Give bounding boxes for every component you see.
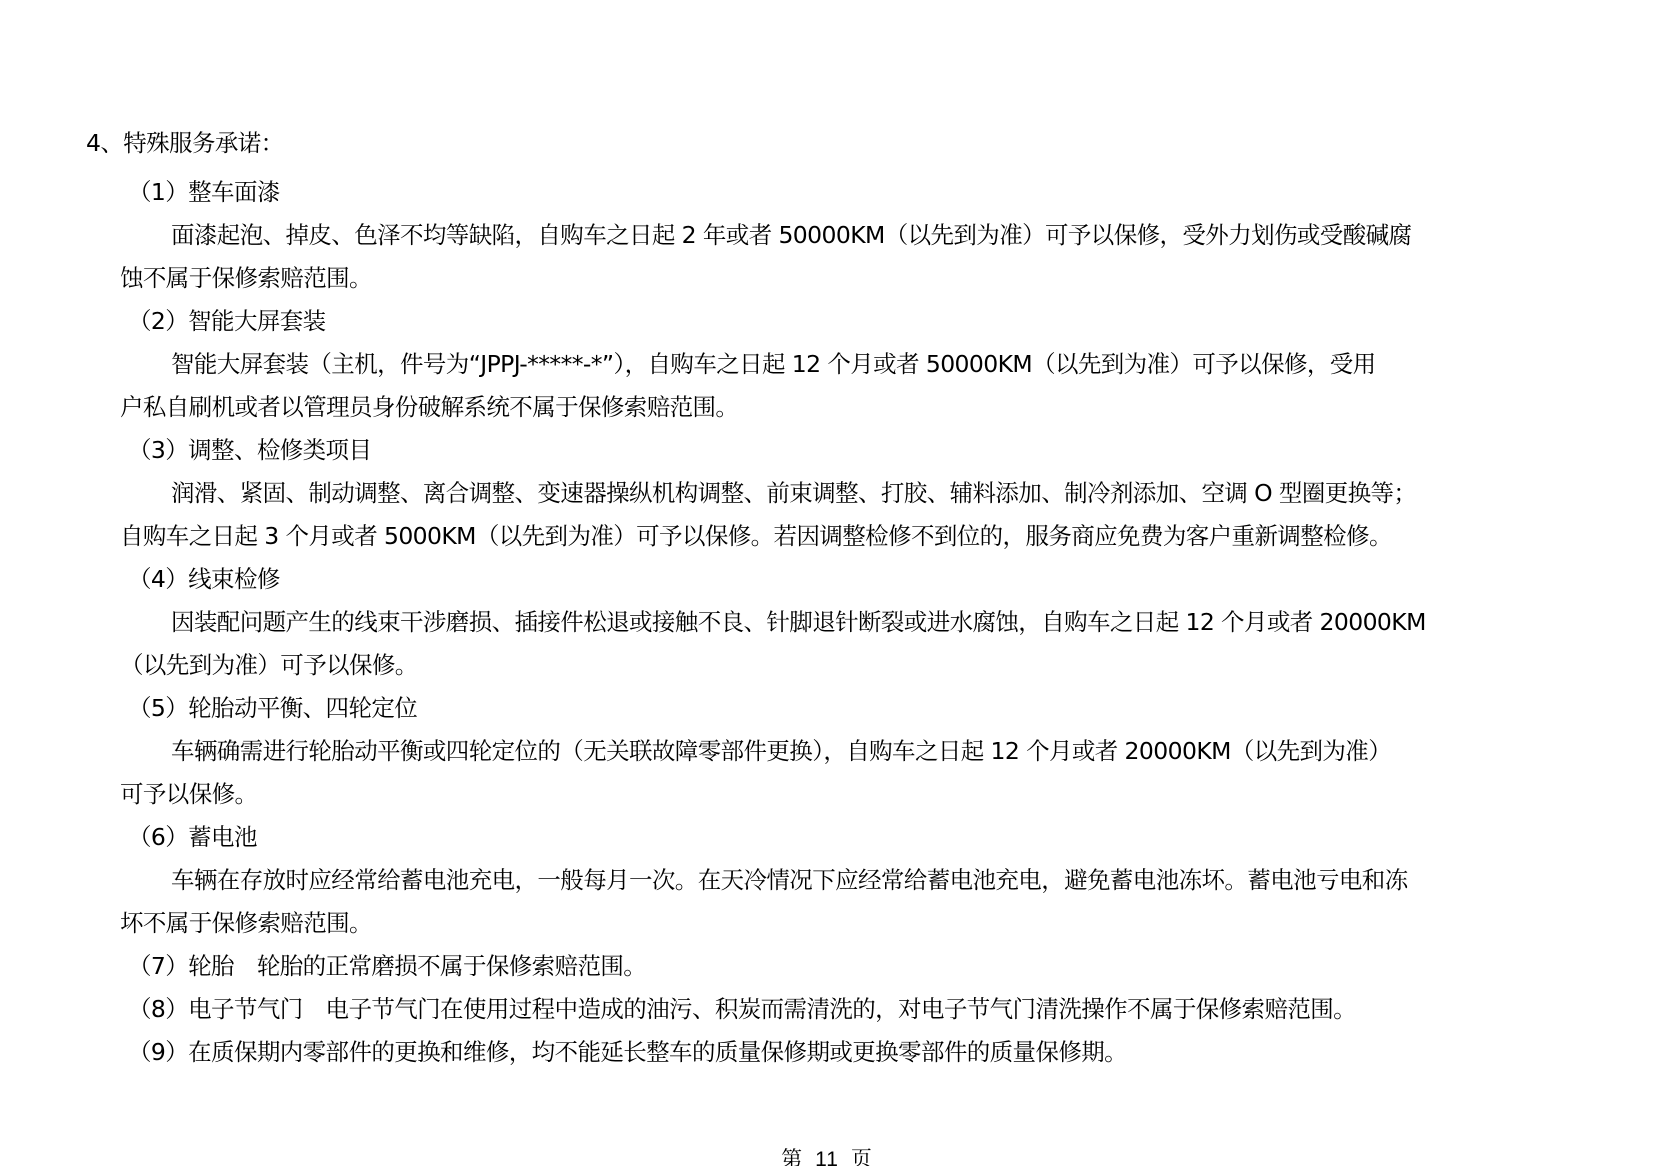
item-2-paragraph-line-2: 户私自刷机或者以管理员身份破解系统不属于保修索赔范围。 — [120, 392, 738, 422]
document-page: 4、特殊服务承诺： （1）整车面漆 面漆起泡、掉皮、色泽不均等缺陷，自购车之日起… — [0, 0, 1654, 1166]
item-1-paragraph-line-1: 面漆起泡、掉皮、色泽不均等缺陷，自购车之日起 2 年或者 50000KM（以先到… — [171, 220, 1411, 250]
item-7: （7）轮胎 轮胎的正常磨损不属于保修索赔范围。 — [128, 951, 646, 981]
item-3-paragraph-line-1: 润滑、紧固、制动调整、离合调整、变速器操纵机构调整、前束调整、打胶、辅料添加、制… — [171, 478, 1416, 508]
item-6-paragraph-line-2: 坏不属于保修索赔范围。 — [120, 908, 372, 938]
item-2-paragraph-line-1: 智能大屏套装（主机，件号为“JPPJ-*****-*”），自购车之日起 12 个… — [171, 349, 1376, 379]
item-4-paragraph-line-1: 因装配问题产生的线束干涉磨损、插接件松退或接触不良、针脚退针断裂或进水腐蚀，自购… — [171, 607, 1426, 637]
item-8: （8）电子节气门 电子节气门在使用过程中造成的油污、积炭而需清洗的，对电子节气门… — [128, 994, 1356, 1024]
page-footer: 第11页 — [0, 1146, 1654, 1166]
item-9: （9）在质保期内零部件的更换和维修，均不能延长整车的质量保修期或更换零部件的质量… — [128, 1037, 1127, 1067]
item-5-paragraph-line-1: 车辆确需进行轮胎动平衡或四轮定位的（无关联故障零部件更换），自购车之日起 12 … — [171, 736, 1391, 766]
item-1-paragraph-line-2: 蚀不属于保修索赔范围。 — [120, 263, 372, 293]
item-2-title: （2）智能大屏套装 — [128, 306, 326, 336]
page-number: 11 — [803, 1148, 851, 1166]
page-footer-suffix: 页 — [851, 1147, 873, 1166]
page-footer-prefix: 第 — [781, 1147, 803, 1166]
item-1-title: （1）整车面漆 — [128, 177, 280, 207]
item-4-title: （4）线束检修 — [128, 564, 280, 594]
item-4-paragraph-line-2: （以先到为准）可予以保修。 — [120, 650, 418, 680]
item-6-paragraph-line-1: 车辆在存放时应经常给蓄电池充电，一般每月一次。在天冷情况下应经常给蓄电池充电，避… — [171, 865, 1408, 895]
item-5-title: （5）轮胎动平衡、四轮定位 — [128, 693, 417, 723]
item-3-title: （3）调整、检修类项目 — [128, 435, 371, 465]
section-heading: 4、特殊服务承诺： — [86, 128, 284, 158]
item-6-title: （6）蓄电池 — [128, 822, 257, 852]
item-5-paragraph-line-2: 可予以保修。 — [120, 779, 257, 809]
item-3-paragraph-line-2: 自购车之日起 3 个月或者 5000KM（以先到为准）可予以保修。若因调整检修不… — [120, 521, 1392, 551]
